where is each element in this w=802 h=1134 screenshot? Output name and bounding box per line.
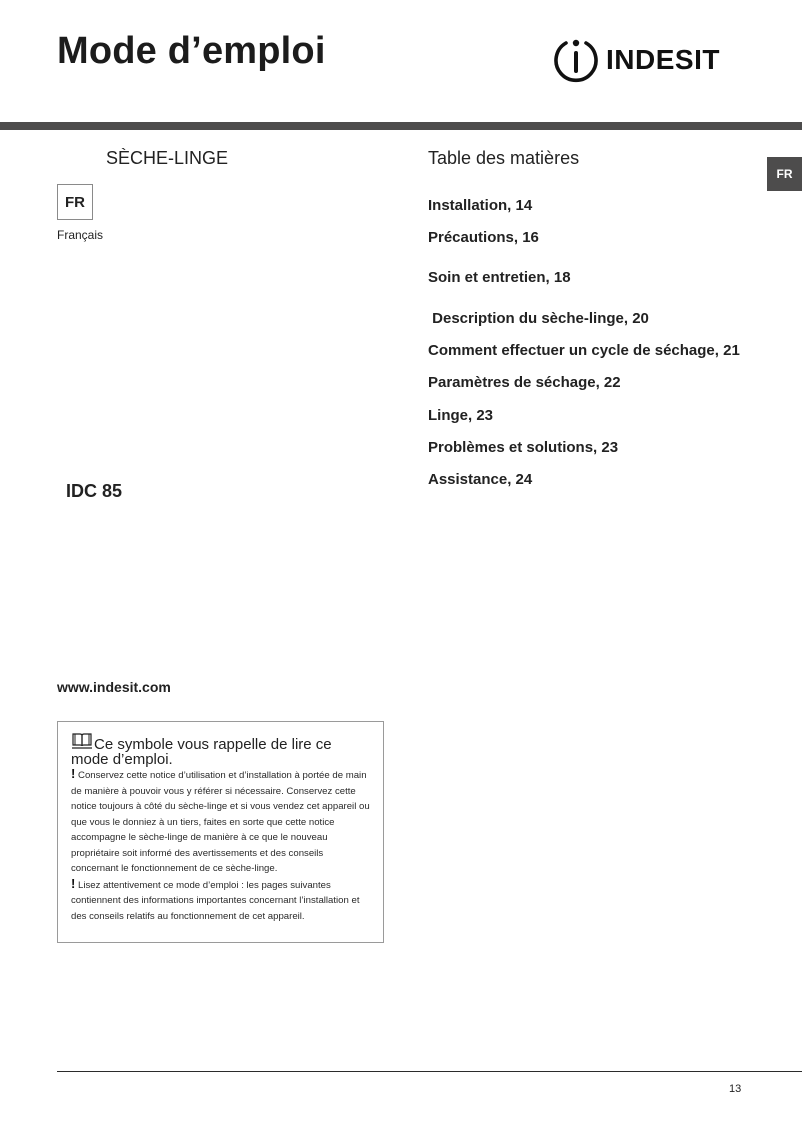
notice-box: Ce symbole vous rappelle de lire ce mode… [57,721,384,943]
toc-item-description[interactable]: Description du sèche-linge, 20 [428,310,649,328]
notice-paragraph-2-text: Lisez attentivement ce mode d’emploi : l… [71,880,360,922]
warning-exclamation-icon: ! [71,876,75,891]
notice-heading: Ce symbole vous rappelle de lire ce mode… [71,732,373,767]
open-book-icon [71,732,93,753]
toc-item-installation[interactable]: Installation, 14 [428,197,532,215]
product-type: SÈCHE-LINGE [106,147,228,169]
warning-exclamation-icon: ! [71,766,75,781]
toc-item-cycle-sechage[interactable]: Comment effectuer un cycle de séchage, 2… [428,342,740,360]
footer-rule [57,1071,802,1072]
notice-heading-text: Ce symbole vous rappelle de lire ce mode… [71,736,332,768]
side-tab-label: FR [777,167,793,181]
toc-item-linge[interactable]: Linge, 23 [428,407,493,425]
notice-paragraph-1: ! Conservez cette notice d’utilisation e… [71,768,373,877]
toc-item-parametres[interactable]: Paramètres de séchage, 22 [428,374,621,392]
toc-item-problemes[interactable]: Problèmes et solutions, 23 [428,439,618,457]
language-side-tab: FR [767,157,802,191]
brand-logo: INDESIT [553,34,720,86]
website-link[interactable]: www.indesit.com [57,679,171,695]
notice-paragraph-2: ! Lisez attentivement ce mode d’emploi :… [71,878,373,925]
language-code-box: FR [57,184,93,220]
model-name: IDC 85 [66,480,122,502]
toc-item-assistance[interactable]: Assistance, 24 [428,471,532,489]
toc-item-soin-entretien[interactable]: Soin et entretien, 18 [428,269,571,287]
language-name: Français [57,228,103,242]
document-title: Mode d’emploi [57,28,326,74]
language-code: FR [65,194,85,211]
page-number: 13 [729,1083,741,1095]
brand-name: INDESIT [606,34,720,86]
info-circle-icon [553,35,599,85]
toc-title: Table des matières [428,147,579,169]
toc-item-precautions[interactable]: Précautions, 16 [428,229,539,247]
header-bar [0,122,802,130]
notice-paragraph-1-text: Conservez cette notice d’utilisation et … [71,770,370,874]
